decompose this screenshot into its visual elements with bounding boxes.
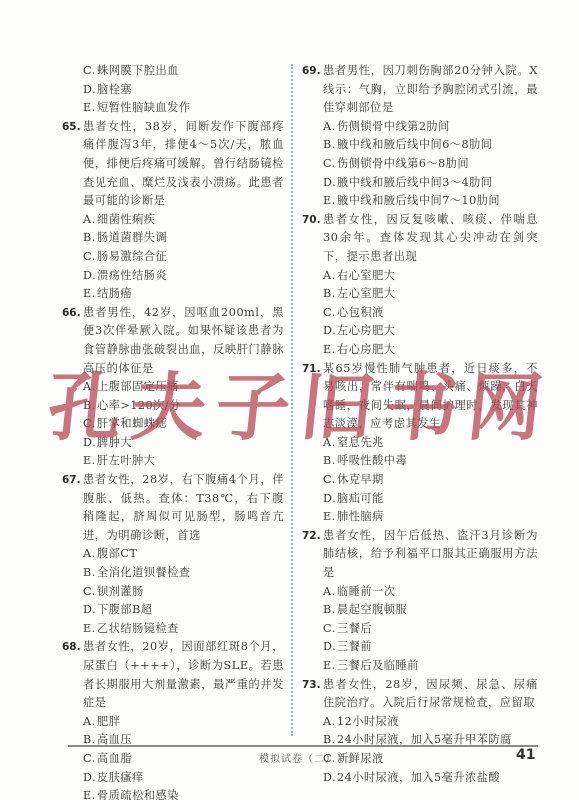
question-stem: 患者女性，28岁，右下腹痛4个月，伴腹胀、低热。查体：T38℃，右下腹稍隆起，脐… [83,473,284,542]
question-stem: 患者男性，42岁，因呕血200ml，黑便3次伴晕厥入院。如果怀疑该患者为食管静脉… [83,306,284,375]
question-stem: 患者女性，因反复咳嗽、咳痰、伴喘息30余年。查体发现其心尖冲动在剑突下，提示患者… [323,213,538,263]
option-c: C.新鲜尿液 [302,750,538,769]
option-e: E.结肠癌 [62,285,284,304]
option-b: B.肠道菌群失调 [62,229,284,248]
option-e: E.短暂性脑缺血发作 [62,99,284,118]
option-b: B.呼吸性酸中毒 [302,452,538,471]
option-d: D.腋中线和腋后线中间3～4肋间 [302,174,538,193]
footer-rule [68,745,538,747]
option-e: E.骨质疏松和感染 [62,787,284,800]
option-d: D.24小时尿液，加入5毫升浓盐酸 [302,769,538,788]
option-c: C.休克早期 [302,471,538,490]
left-column: C.蛛网膜下腔出血 D.脑栓塞 E.短暂性脑缺血发作 65. 患者女性，38岁，… [62,62,284,800]
question-number: 73. [302,676,321,695]
option-a: A.上腹部固定压痛 [62,378,284,397]
right-column: 69. 患者男性，因刀刺伤胸部20分钟入院。X线示：气胸，立即给予胸腔闭式引流，… [302,62,538,787]
option-b: B.晨起空腹顿服 [302,601,538,620]
question-stem: 患者女性，因午后低热、盗汗3月诊断为肺结核，给予利福平口服其正确服用方法是 [323,529,538,579]
option-e: E.乙状结肠镜检查 [62,620,284,639]
option-e: E.右心房肥大 [302,341,538,360]
option-a: A.临睡前一次 [302,583,538,602]
question-number: 66. [62,304,81,323]
option-b: B.24小时尿液，加入5毫升甲苯防腐 [302,731,538,750]
question-72: 72. 患者女性，因午后低热、盗汗3月诊断为肺结核，给予利福平口服其正确服用方法… [302,527,538,583]
option-a: A.腹部CT [62,545,284,564]
option-a: A.12小时尿液 [302,713,538,732]
option-d: D.溃疡性结肠炎 [62,267,284,286]
option-a: A.右心室肥大 [302,267,538,286]
question-number: 65. [62,118,81,137]
question-71: 71. 某65岁慢性肺气肿患者，近日痰多，不易咳出，常伴有喘鸣、头痛、烦躁，白天… [302,360,538,434]
question-66: 66. 患者男性，42岁，因呕血200ml，黑便3次伴晕厥入院。如果怀疑该患者为… [62,304,284,378]
question-number: 70. [302,211,321,230]
option-d: D.脑疝可能 [302,490,538,509]
question-number: 72. [302,527,321,546]
question-69: 69. 患者男性，因刀刺伤胸部20分钟入院。X线示：气胸，立即给予胸腔闭式引流，… [302,62,538,118]
question-68: 68. 患者女性，20岁，因面部红斑8个月，尿蛋白（++++），诊断为SLE。若… [62,638,284,712]
option-c: C.钡剂灌肠 [62,583,284,602]
option-b: B.高血压 [62,731,284,750]
option-c: C.心包积液 [302,304,538,323]
option-e: E.肺性脑病 [302,508,538,527]
column-divider [291,64,293,736]
question-stem: 患者女性，38岁，间断发作下腹部疼痛伴腹泻3年，排便4～5次/天，脓血便，排便后… [83,120,284,207]
option-b: B.心率>120次/分 [62,397,284,416]
question-stem: 患者女性，28岁，因尿频、尿急、尿痛住院治疗。入院后行尿常规检查，应留取 [323,678,538,710]
option-c: C.肠易激综合征 [62,248,284,267]
option-c: C.蛛网膜下腔出血 [62,62,284,81]
option-b: B.腋中线和腋后线中间6～8肋间 [302,136,538,155]
option-b: B.左心室肥大 [302,285,538,304]
option-e: E.腋中线和腋后线中间7～10肋间 [302,192,538,211]
option-d: D.左心房肥大 [302,322,538,341]
option-b: B.全消化道钡餐检查 [62,564,284,583]
question-67: 67. 患者女性，28岁，右下腹痛4个月，伴腹胀、低热。查体：T38℃，右下腹稍… [62,471,284,545]
question-stem: 某65岁慢性肺气肿患者，近日痰多，不易咳出，常伴有喘鸣、头痛、烦躁，白天嗜睡，夜… [323,362,538,431]
option-d: D.脾肿大 [62,434,284,453]
page-number: 41 [516,747,535,763]
option-c: C.肝掌和蜘蛛痣 [62,415,284,434]
option-a: A.伤侧锁骨中线第2肋间 [302,118,538,137]
option-a: A.窒息先兆 [302,434,538,453]
question-number: 67. [62,471,81,490]
option-d: D.下腹部B超 [62,601,284,620]
option-a: A.肥胖 [62,713,284,732]
option-c: C.高血脂 [62,750,284,769]
option-d: D.三餐前 [302,638,538,657]
question-73: 73. 患者女性，28岁，因尿频、尿急、尿痛住院治疗。入院后行尿常规检查，应留取 [302,676,538,713]
question-number: 68. [62,638,81,657]
question-number: 69. [302,62,321,81]
option-e: E.肝左叶肿大 [62,452,284,471]
question-stem: 患者男性，因刀刺伤胸部20分钟入院。X线示：气胸，立即给予胸腔闭式引流，最佳穿刺… [323,64,538,114]
question-65: 65. 患者女性，38岁，间断发作下腹部疼痛伴腹泻3年，排便4～5次/天，脓血便… [62,118,284,211]
option-c: C.三餐后 [302,620,538,639]
option-c: C.伤侧锁骨中线第6～8肋间 [302,155,538,174]
footer-title: 模拟试卷（二） [259,750,336,765]
question-stem: 患者女性，20岁，因面部红斑8个月，尿蛋白（++++），诊断为SLE。若患者长期… [83,640,284,709]
option-d: D.脑栓塞 [62,81,284,100]
option-a: A.细菌性痢疾 [62,211,284,230]
question-70: 70. 患者女性，因反复咳嗽、咳痰、伴喘息30余年。查体发现其心尖冲动在剑突下，… [302,211,538,267]
question-number: 71. [302,360,321,379]
option-d: D.皮肤瘙痒 [62,769,284,788]
option-e: E.三餐后及临睡前 [302,657,538,676]
